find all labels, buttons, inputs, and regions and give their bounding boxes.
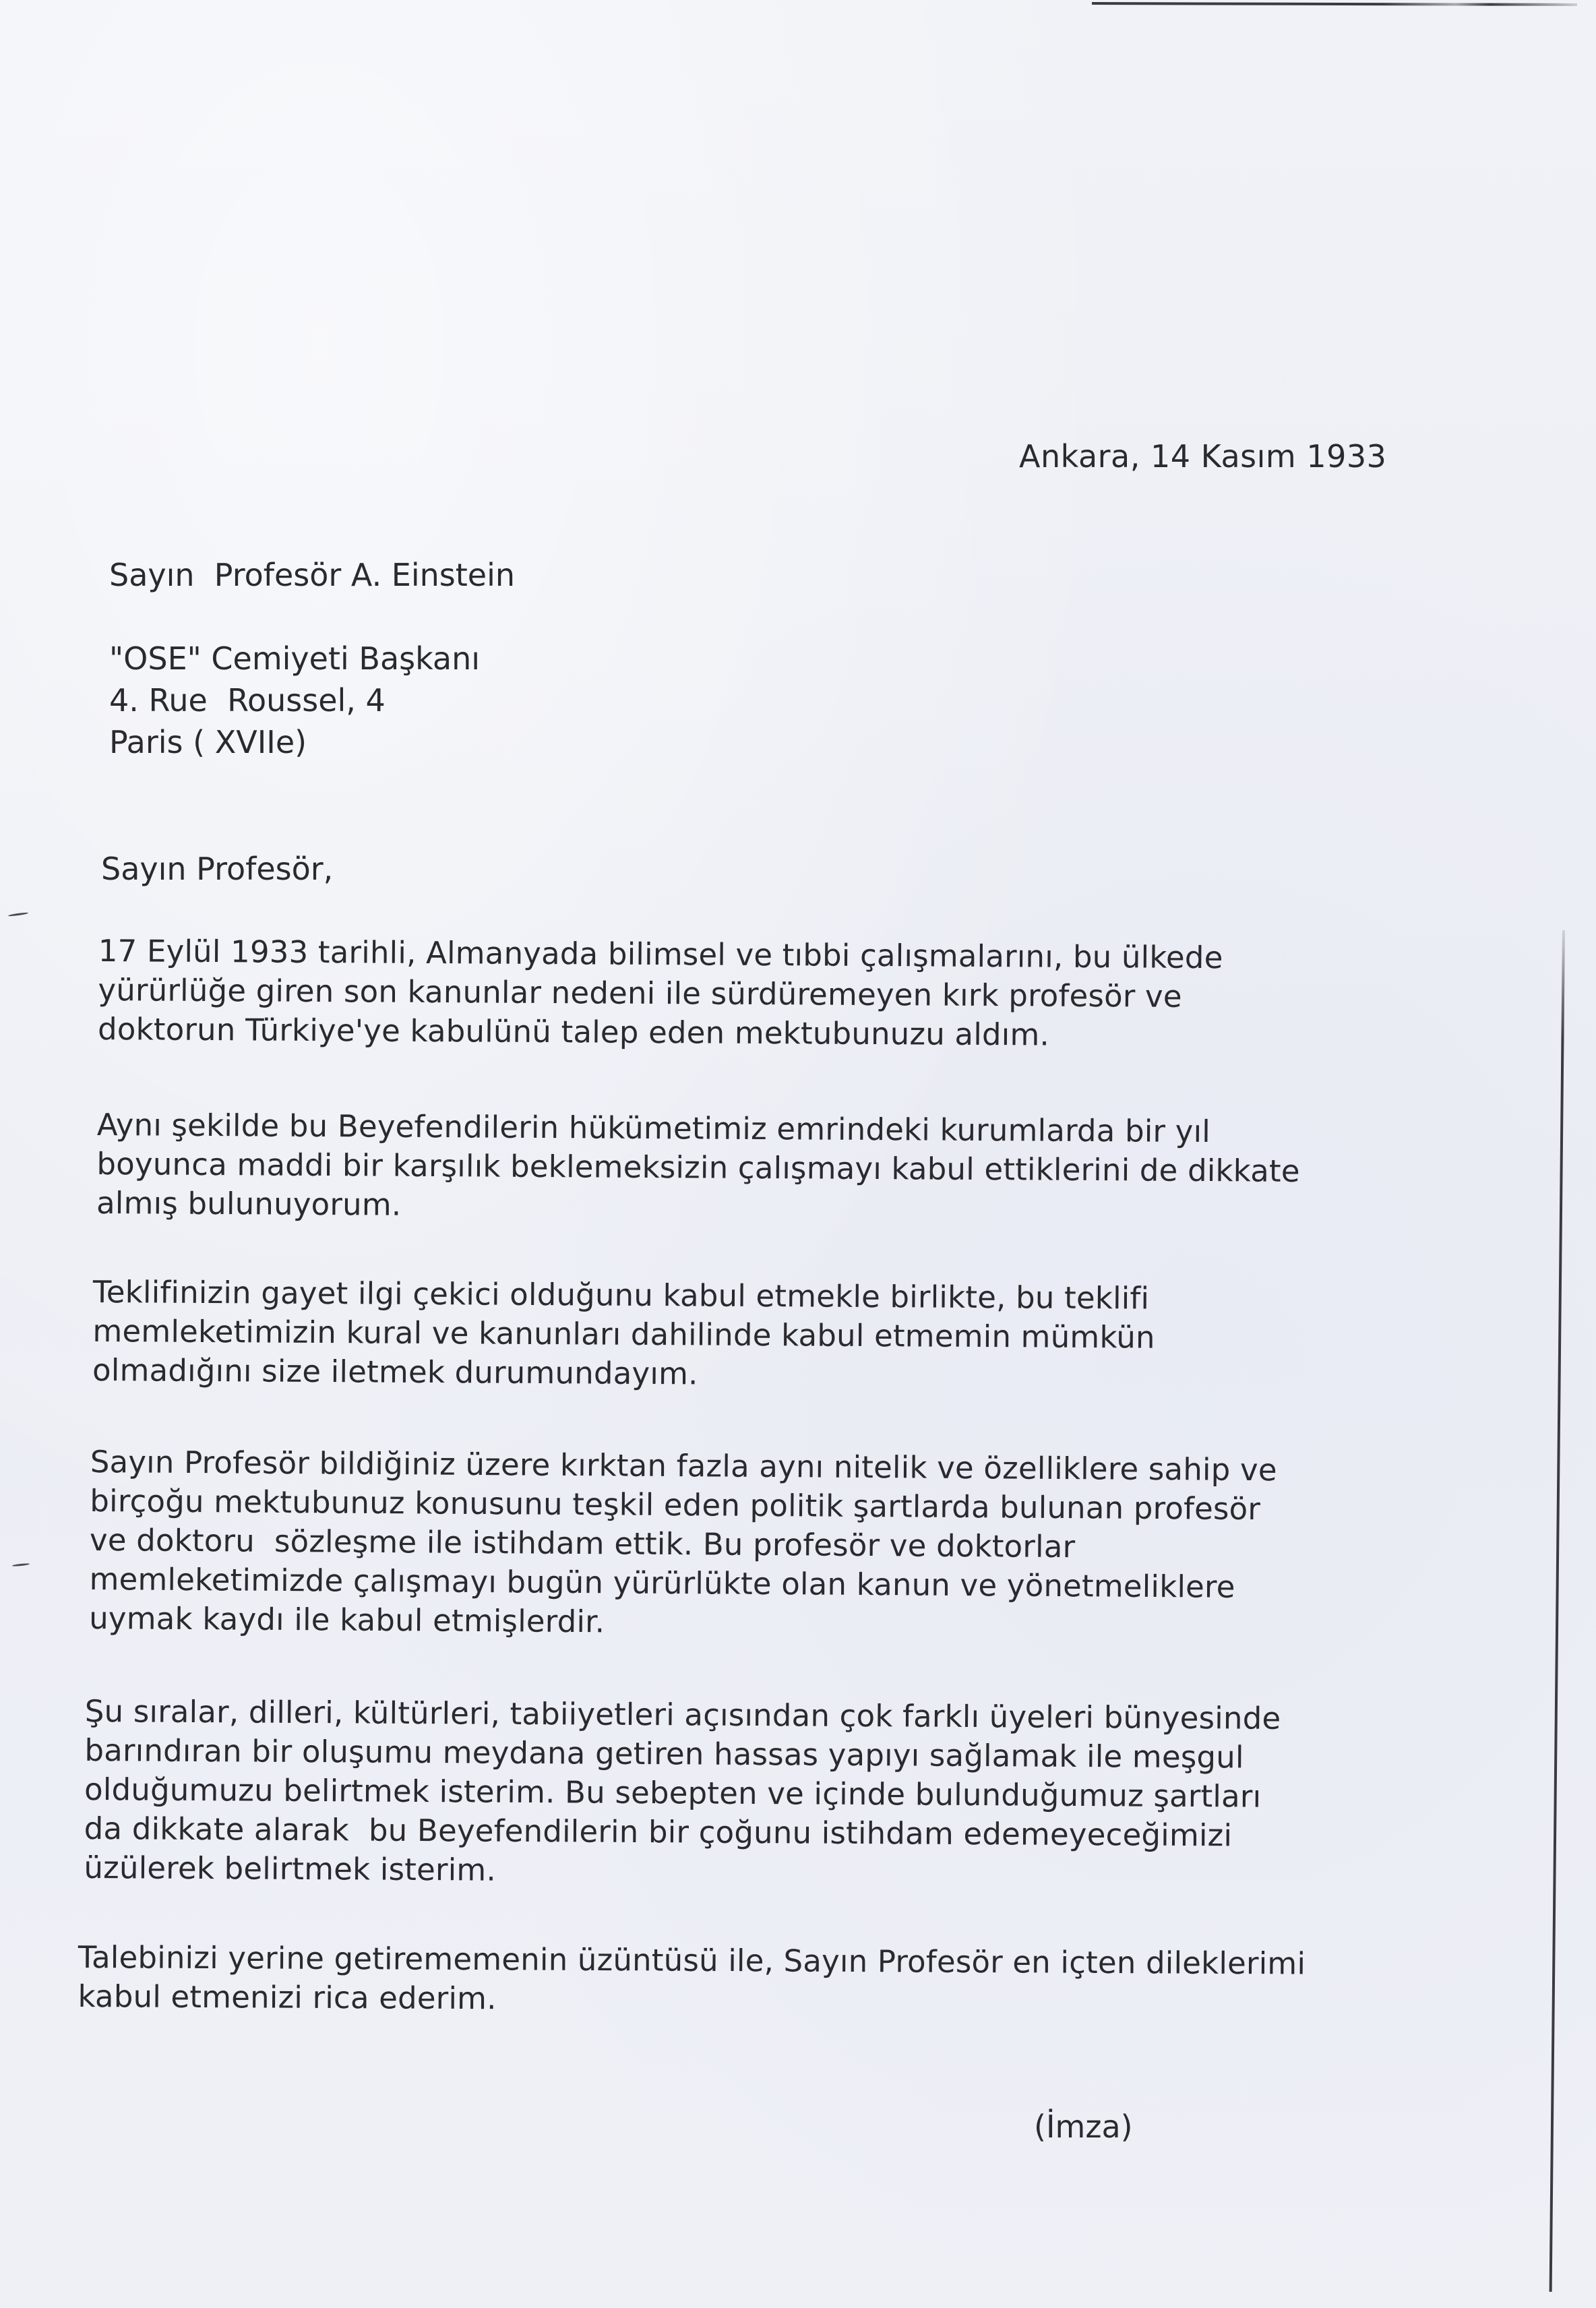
paragraph-line: olmadığını size iletmek durumundayım.	[92, 1351, 1359, 1397]
recipient-address-block: Sayın Profesör A. Einstein "OSE" Cemiyet…	[109, 554, 515, 763]
recipient-address-line-1: 4. Rue Roussel, 4	[109, 679, 515, 721]
paragraph-line: doktorun Türkiye'ye kabulünü talep eden …	[98, 1010, 1365, 1056]
place-date: Ankara, 14 Kasım 1933	[1019, 438, 1386, 475]
signature-placeholder: (İmza)	[1034, 2108, 1133, 2145]
paragraph-line: kabul etmenizi rica ederim.	[78, 1977, 1345, 2023]
recipient-name: Sayın Profesör A. Einstein	[109, 554, 515, 596]
letter-page: Ankara, 14 Kasım 1933 Sayın Profesör A. …	[0, 0, 1596, 2308]
paragraph-6: Talebinizi yerine getirememenin üzüntüsü…	[78, 1938, 1345, 2023]
paragraph-2: Aynı şekilde bu Beyefendilerin hükümetim…	[96, 1105, 1364, 1230]
paragraph-3: Teklifinizin gayet ilgi çekici olduğunu …	[92, 1273, 1360, 1397]
recipient-title: "OSE" Cemiyeti Başkanı	[109, 638, 515, 679]
spacer	[109, 596, 515, 638]
salutation: Sayın Profesör,	[101, 851, 333, 887]
paragraph-4: Sayın Profesör bildiğiniz üzere kırktan …	[89, 1442, 1357, 1647]
paragraph-1: 17 Eylül 1933 tarihli, Almanyada bilimse…	[98, 932, 1365, 1056]
recipient-address-line-2: Paris ( XVIIe)	[109, 721, 515, 763]
paragraph-line: üzülerek belirtmek isterim.	[84, 1848, 1351, 1895]
paragraph-line: Talebinizi yerine getirememenin üzüntüsü…	[78, 1938, 1345, 1984]
paragraph-5: Şu sıralar, dilleri, kültürleri, tabiiye…	[84, 1692, 1352, 1895]
paragraph-line: almış bulunuyorum.	[96, 1184, 1363, 1230]
